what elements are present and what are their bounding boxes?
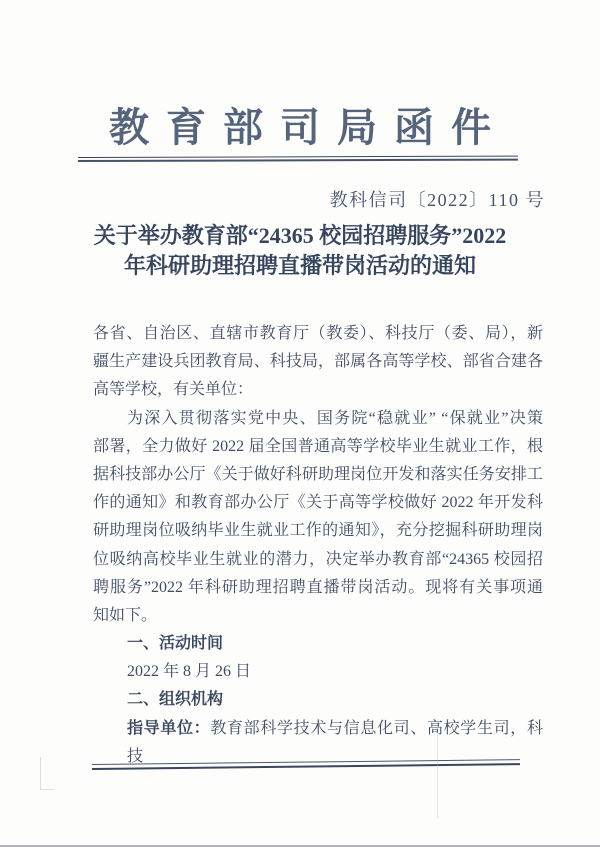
body-line-para-5: 研助理岗位吸纳毕业生就业工作的通知》，充分挖掘科研助理岗 (93, 517, 543, 545)
body-line-event-date: 2022 年 8 月 26 日 (93, 658, 543, 686)
footer-separator-line (92, 759, 520, 769)
body-line-recipients-1: 各省、自治区、直辖市教育厅（教委）、科技厅（委、局），新 (93, 320, 543, 348)
scan-artifact-smudge (40, 757, 54, 790)
document-title-line1: 关于举办教育部“24365 校园招聘服务”2022 (0, 221, 600, 251)
letterhead-separator-line (78, 156, 518, 162)
document-title-line2: 年科研助理招聘直播带岗活动的通知 (0, 251, 600, 281)
body-line-para-4: 作的通知》和教育部办公厅《关于高等学校做好 2022 年开发科 (93, 489, 543, 517)
body-line-para-6: 位吸纳高校毕业生就业的潜力，决定举办教育部“24365 校园招 (93, 546, 543, 574)
scanned-document-page: 教育部司局函件 教科信司〔2022〕110 号 关于举办教育部“24365 校园… (0, 0, 600, 847)
body-line-para-3: 据科技部办公厅《关于做好科研助理岗位开发和落实任务安排工 (93, 461, 543, 489)
body-line-recipients-2: 疆生产建设兵团教育局、科技局，部属各高等学校、部省合建各 (93, 348, 543, 376)
document-body: 各省、自治区、直辖市教育厅（教委）、科技厅（委、局），新 疆生产建设兵团教育局、… (93, 320, 543, 743)
section-heading-1: 一、活动时间 (93, 630, 543, 658)
scan-artifact-crease (437, 733, 438, 818)
body-line-organizers: 指导单位：教育部科学技术与信息化司、高校学生司，科技 (93, 715, 543, 743)
document-title: 关于举办教育部“24365 校园招聘服务”2022 年科研助理招聘直播带岗活动的… (0, 221, 600, 281)
body-line-para-7: 聘服务”2022 年科研助理招聘直播带岗活动。现将有关事项通 (93, 574, 543, 602)
document-number: 教科信司〔2022〕110 号 (330, 186, 545, 212)
body-line-recipients-3: 高等学校，有关单位： (93, 376, 543, 404)
body-line-para-1: 为深入贯彻落实党中央、国务院“稳就业” “保就业”决策 (93, 405, 543, 433)
body-line-para-8: 知如下。 (93, 602, 543, 630)
section-heading-2: 二、组织机构 (93, 686, 543, 714)
letterhead-title: 教育部司局函件 (0, 96, 600, 153)
body-line-para-2: 部署，全力做好 2022 届全国普通高等学校毕业生就业工作，根 (93, 433, 543, 461)
organizer-label: 指导单位： (127, 720, 210, 737)
